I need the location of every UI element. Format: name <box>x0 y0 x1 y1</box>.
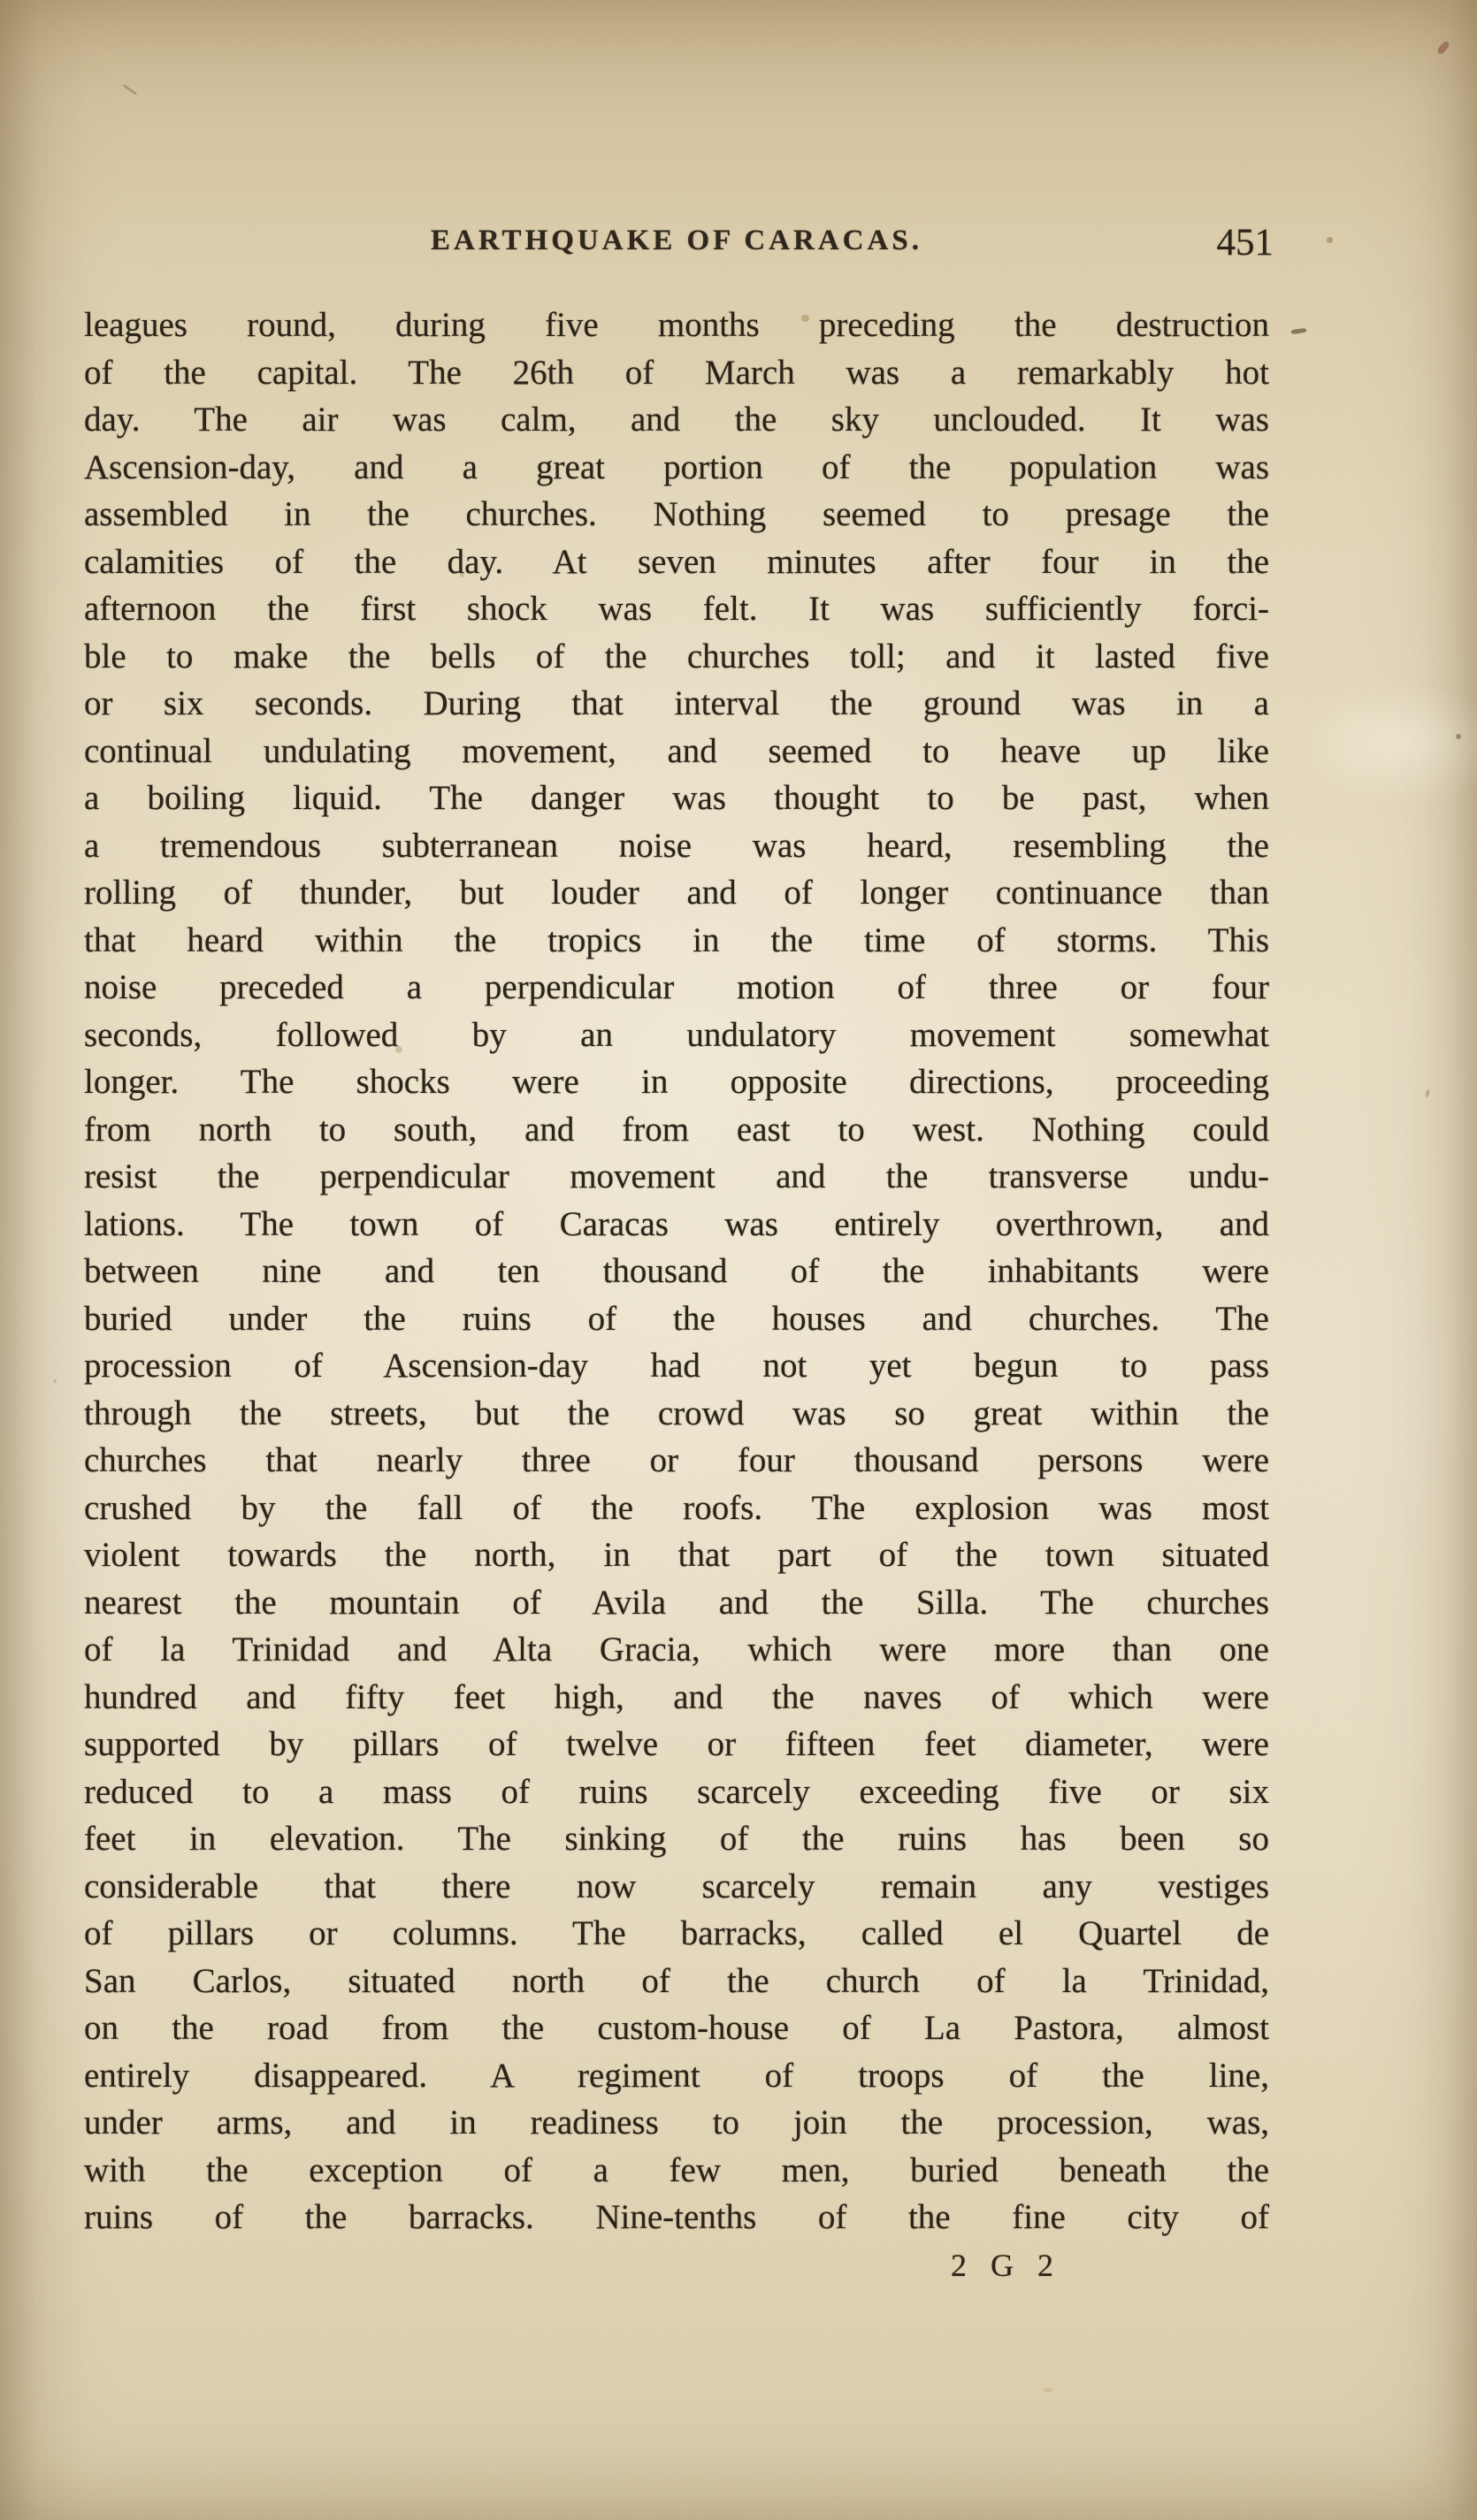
text-line: resist the perpendicular movement and th… <box>84 1153 1269 1201</box>
text-line: reduced to a mass of ruins scarcely exce… <box>84 1768 1269 1816</box>
text-line: of pillars or columns. The barracks, cal… <box>84 1910 1269 1958</box>
text-line: buried under the ruins of the houses and… <box>84 1295 1269 1343</box>
text-line: calamities of the day. At seven minutes … <box>84 538 1269 586</box>
paper-speck <box>1425 1089 1430 1098</box>
text-line: on the road from the custom-house of La … <box>84 2005 1269 2052</box>
text-line: day. The air was calm, and the sky unclo… <box>84 396 1269 444</box>
text-line: ruins of the barracks. Nine-tenths of th… <box>84 2194 1269 2241</box>
text-line: rolling of thunder, but louder and of lo… <box>84 869 1269 917</box>
paper-speck <box>1436 40 1450 55</box>
text-line: between nine and ten thousand of the inh… <box>84 1248 1269 1295</box>
paper-speck <box>1291 328 1307 334</box>
text-line: of the capital. The 26th of March was a … <box>84 349 1269 397</box>
text-line: lations. The town of Caracas was entirel… <box>84 1201 1269 1249</box>
text-line: seconds, followed by an undulatory movem… <box>84 1012 1269 1059</box>
text-line: afternoon the first shock was felt. It w… <box>84 585 1269 633</box>
text-line: from north to south, and from east to we… <box>84 1106 1269 1154</box>
text-line: ble to make the bells of the churches to… <box>84 633 1269 681</box>
body-text: leagues round, during five months preced… <box>84 302 1269 2241</box>
running-header-title: EARTHQUAKE OF CARACAS. <box>84 225 1269 257</box>
paper-speck <box>123 84 137 95</box>
text-line: that heard within the tropics in the tim… <box>84 917 1269 965</box>
book-page: EARTHQUAKE OF CARACAS. 451 leagues round… <box>0 0 1477 2520</box>
text-line: noise preceded a perpendicular motion of… <box>84 964 1269 1012</box>
text-line: under arms, and in readiness to join the… <box>84 2099 1269 2147</box>
text-line: a boiling liquid. The danger was thought… <box>84 775 1269 822</box>
text-line: supported by pillars of twelve or fiftee… <box>84 1721 1269 1768</box>
paper-speck <box>1044 2387 1052 2393</box>
paper-speck <box>53 1379 57 1383</box>
text-line: longer. The shocks were in opposite dire… <box>84 1058 1269 1106</box>
text-line: San Carlos, situated north of the church… <box>84 1958 1269 2005</box>
text-line: of la Trinidad and Alta Gracia, which we… <box>84 1626 1269 1674</box>
text-line: entirely disappeared. A regiment of troo… <box>84 2052 1269 2100</box>
text-line: violent towards the north, in that part … <box>84 1531 1269 1579</box>
text-line: or six seconds. During that interval the… <box>84 680 1269 728</box>
text-line: a tremendous subterranean noise was hear… <box>84 822 1269 870</box>
text-line: leagues round, during five months preced… <box>84 302 1269 349</box>
text-line: continual undulating movement, and seeme… <box>84 728 1269 775</box>
text-line: Ascension-day, and a great portion of th… <box>84 444 1269 492</box>
text-line: procession of Ascension-day had not yet … <box>84 1342 1269 1390</box>
paper-speck <box>1456 734 1461 739</box>
signature-mark: 2 G 2 <box>902 2247 1110 2284</box>
text-line: through the streets, but the crowd was s… <box>84 1390 1269 1438</box>
text-line: assembled in the churches. Nothing seeme… <box>84 491 1269 538</box>
text-line: churches that nearly three or four thous… <box>84 1437 1269 1485</box>
text-line: nearest the mountain of Avila and the Si… <box>84 1579 1269 1627</box>
text-line: crushed by the fall of the roofs. The ex… <box>84 1485 1269 1532</box>
paper-speck <box>1327 237 1333 243</box>
text-line: feet in elevation. The sinking of the ru… <box>84 1815 1269 1863</box>
text-line: considerable that there now scarcely rem… <box>84 1863 1269 1911</box>
text-line: with the exception of a few men, buried … <box>84 2147 1269 2195</box>
page-number: 451 <box>1185 221 1274 264</box>
text-line: hundred and fifty feet high, and the nav… <box>84 1674 1269 1722</box>
